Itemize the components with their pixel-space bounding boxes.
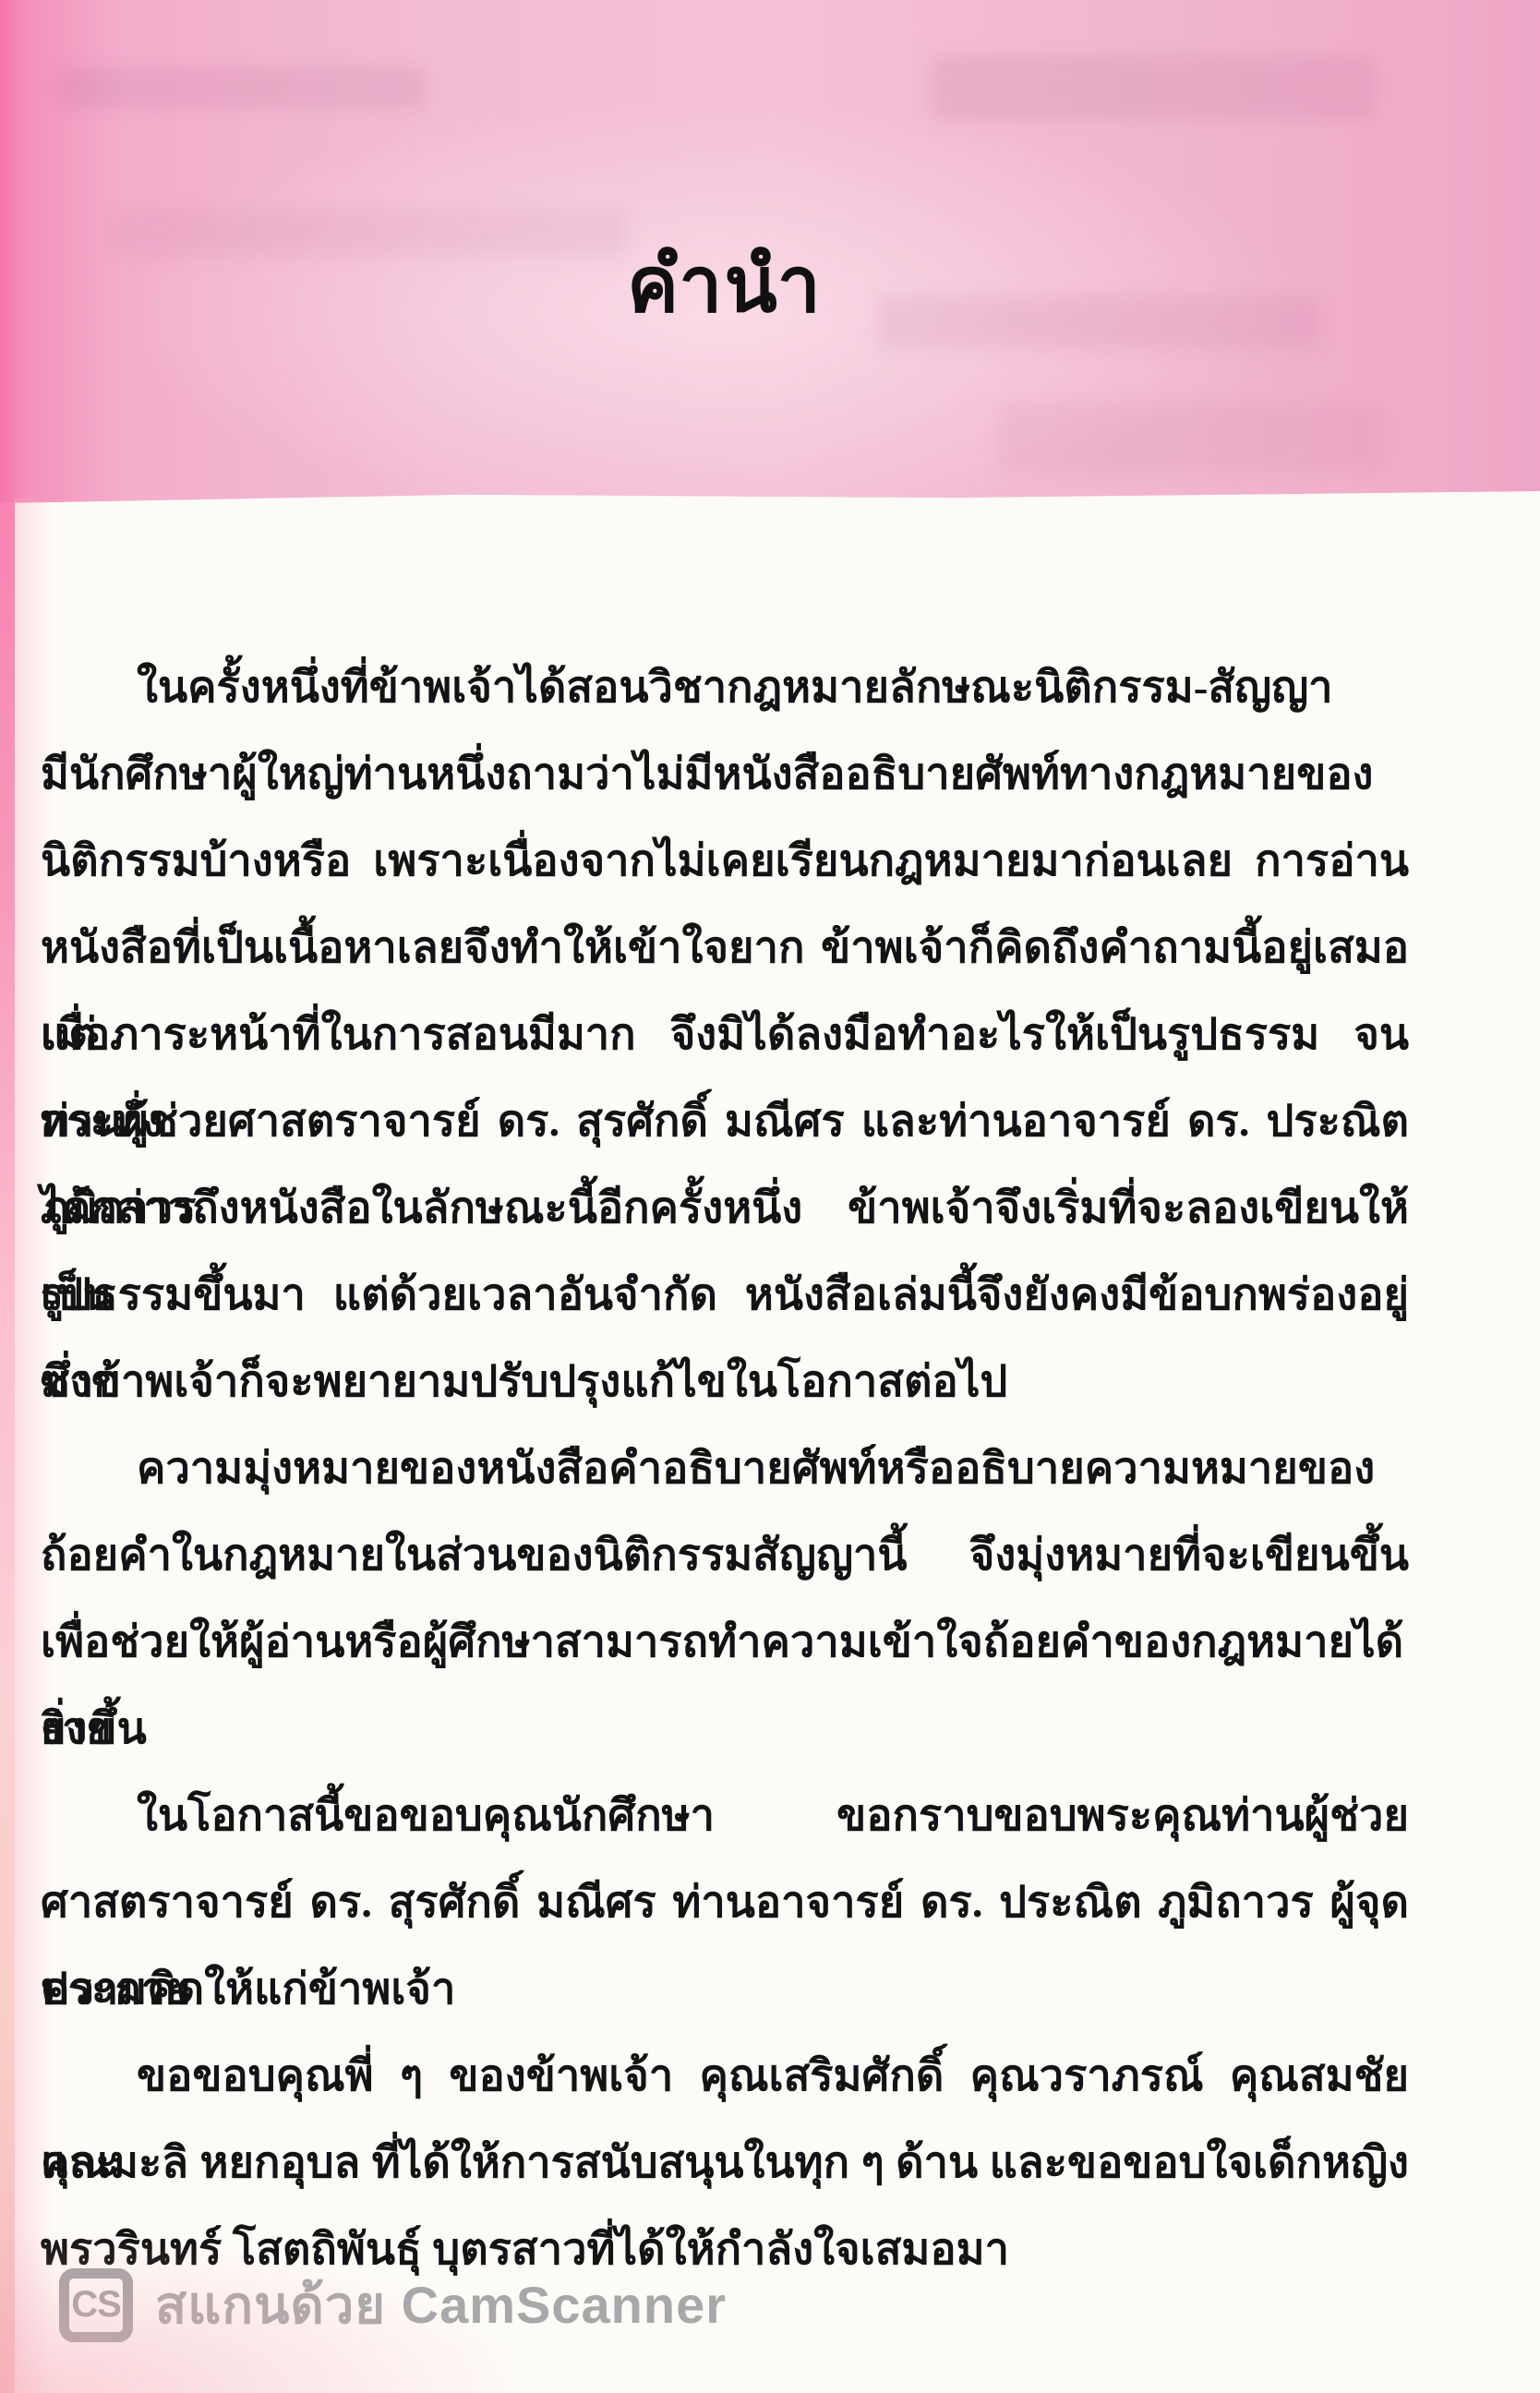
text-line: รูปธรรมขึ้นมา แต่ด้วยเวลาอันจำกัด หนังสื… [41, 1252, 1409, 1339]
text-line: เมื่อภาระหน้าที่ในการสอนมีมาก จึงมิได้ลง… [41, 992, 1409, 1078]
camscanner-logo-icon: CS [59, 2268, 133, 2342]
text-line: มีนักศึกษาผู้ใหญ่ท่านหนึ่งถามว่าไม่มีหนั… [41, 731, 1409, 818]
text-line: ถ้อยคำในกฎหมายในส่วนของนิติกรรมสัญญานี้ … [41, 1512, 1409, 1599]
camscanner-watermark: CS สแกนด้วย CamScanner [59, 2264, 727, 2346]
camscanner-watermark-label: สแกนด้วย CamScanner [155, 2264, 727, 2346]
text-line: ศาสตราจารย์ ดร. สุรศักดิ์ มณีศร ท่านอาจา… [41, 1859, 1409, 1946]
bleedthrough-mark [997, 403, 1385, 471]
text-line: ในโอกาสนี้ขอขอบคุณนักศึกษา ขอกราบขอบพระค… [41, 1773, 1409, 1859]
scanned-page: คำนำ ในครั้งหนึ่งที่ข้าพเจ้าได้สอนวิชากฎ… [0, 0, 1540, 2393]
text-line: ได้กล่าวถึงหนังสือในลักษณะนี้อีกครั้งหนึ… [41, 1165, 1409, 1252]
text-line: คุณมะลิ หยกอุบล ที่ได้ให้การสนับสนุนในทุ… [41, 2120, 1409, 2207]
bleedthrough-mark [932, 55, 1376, 120]
text-line: ความคิดให้แก่ข้าพเจ้า [41, 1946, 1409, 2033]
text-line: ซึ่งข้าพเจ้าก็จะพยายามปรับปรุงแก้ไขในโอก… [41, 1339, 1409, 1425]
text-line: ความมุ่งหมายของหนังสือคำอธิบายศัพท์หรืออ… [41, 1425, 1409, 1512]
text-line: ขอขอบคุณพี่ ๆ ของข้าพเจ้า คุณเสริมศักดิ์… [41, 2033, 1409, 2120]
text-line: ท่านผู้ช่วยศาสตราจารย์ ดร. สุรศักดิ์ มณี… [41, 1078, 1409, 1165]
page-title: คำนำ [0, 222, 1450, 345]
text-line: หนังสือที่เป็นเนื้อหาเลยจึงทำให้เข้าใจยา… [41, 905, 1409, 992]
body-lines: ในครั้งหนึ่งที่ข้าพเจ้าได้สอนวิชากฎหมายล… [41, 644, 1409, 2293]
text-line: ในครั้งหนึ่งที่ข้าพเจ้าได้สอนวิชากฎหมายล… [41, 644, 1409, 731]
text-line: นิติกรรมบ้างหรือ เพราะเนื่องจากไม่เคยเรี… [41, 818, 1409, 905]
page-header-band: คำนำ [0, 0, 1540, 503]
text-line: ยิ่งขึ้น [41, 1686, 1409, 1773]
text-line: เพื่อช่วยให้ผู้อ่านหรือผู้ศึกษาสามารถทำค… [41, 1599, 1409, 1686]
bleedthrough-mark [57, 66, 427, 109]
